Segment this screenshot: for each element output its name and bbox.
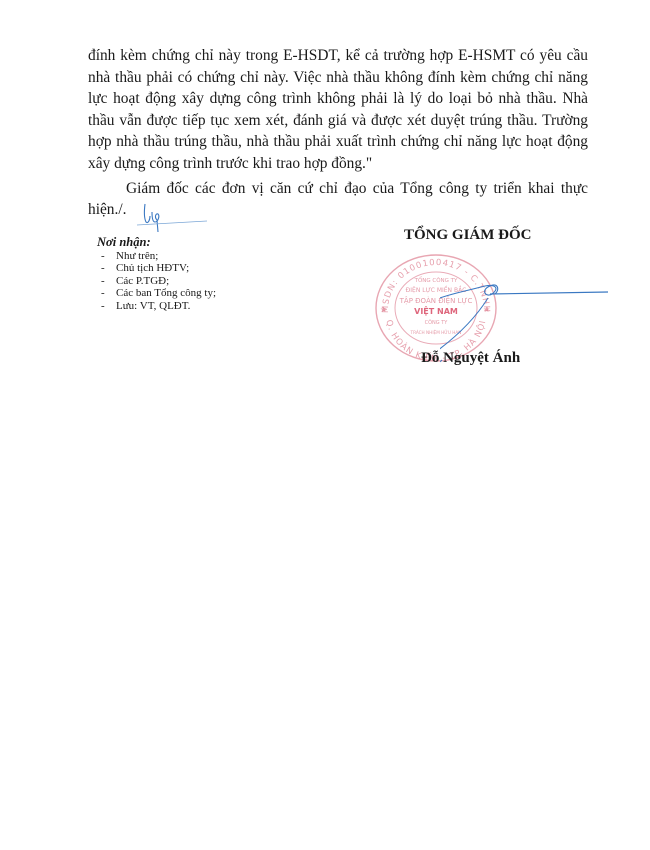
recipient-item: Các P.TGĐ; [97, 275, 216, 288]
document-page: đính kèm chứng chỉ này trong E-HSDT, kể … [0, 0, 650, 850]
recipients-block: Nơi nhận: Như trên; Chủ tịch HĐTV; Các P… [97, 236, 216, 313]
recipient-item: Chủ tịch HĐTV; [97, 262, 216, 275]
signer-title: TỔNG GIÁM ĐỐC [404, 227, 574, 244]
initials-signature-icon [135, 198, 210, 233]
recipient-item: Các ban Tổng công ty; [97, 287, 216, 300]
recipient-item: Như trên; [97, 250, 216, 263]
svg-text:★: ★ [380, 305, 387, 314]
recipients-title: Nơi nhận: [97, 236, 216, 249]
paragraph-continuation: đính kèm chứng chỉ này trong E-HSDT, kể … [88, 45, 588, 175]
recipient-item: Lưu: VT, QLĐT. [97, 300, 216, 313]
document-body: đính kèm chứng chỉ này trong E-HSDT, kể … [88, 45, 588, 221]
handwritten-signature-icon [440, 280, 610, 390]
signer-name: Đỗ Nguyệt Ánh [421, 350, 520, 367]
recipients-list: Như trên; Chủ tịch HĐTV; Các P.TGĐ; Các … [97, 250, 216, 313]
